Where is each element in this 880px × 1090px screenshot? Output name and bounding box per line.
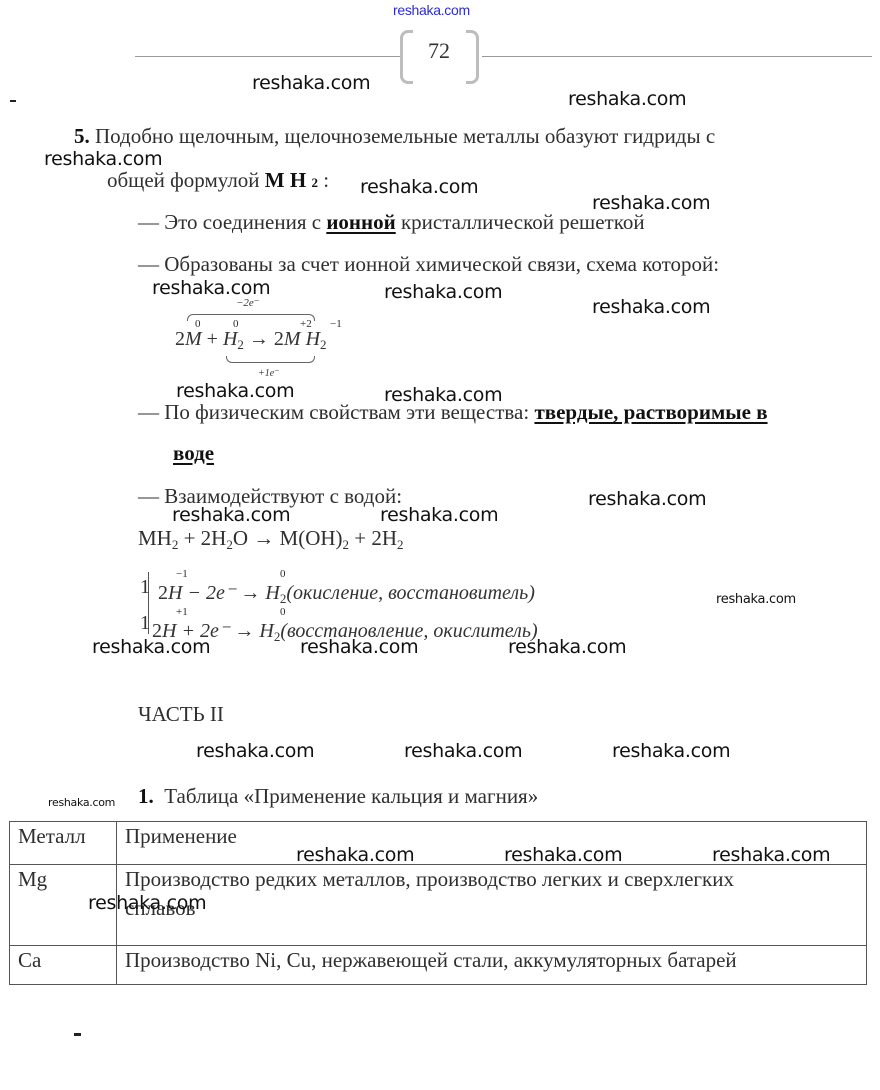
watermark: reshaka.com xyxy=(592,296,710,318)
reaction-with-water: MH2 + 2H2O → M(OH)2 + 2H2 xyxy=(138,526,404,553)
point-ionic-lattice: — Это соединения с ионной кристаллическо… xyxy=(138,210,645,235)
label-plus-1e: +1e⁻ xyxy=(258,368,279,379)
cell-metal: Ca xyxy=(10,946,117,985)
scheme-equation: 2M + H2 → 2M H2 xyxy=(175,328,327,353)
half-reaction-oxidation: 2H − 2e⁻ → H2(окисление, восстановитель) xyxy=(158,580,535,607)
watermark: reshaka.com xyxy=(712,844,830,866)
watermark: reshaka.com xyxy=(504,844,622,866)
part2-title: ЧАСТЬ II xyxy=(138,702,224,727)
balance-coef: 1 xyxy=(140,612,150,635)
brace-bottom xyxy=(226,356,315,363)
task1-heading: 1. Таблица «Применение кальция и магния» xyxy=(138,784,538,809)
ox-state: −1 xyxy=(330,318,342,330)
task5-intro-line2: общей формулой M H 2 : xyxy=(107,168,329,193)
balance-coef: 1 xyxy=(140,576,150,599)
page-number: 72 xyxy=(428,38,450,64)
watermark: reshaka.com xyxy=(296,844,414,866)
watermark: reshaka.com xyxy=(44,148,162,170)
watermark: reshaka.com xyxy=(48,796,115,809)
watermark: reshaka.com xyxy=(88,892,206,914)
header-rule-right xyxy=(482,56,872,57)
watermark: reshaka.com xyxy=(384,281,502,303)
scan-artifact xyxy=(74,1033,81,1036)
watermark: reshaka.com xyxy=(588,488,706,510)
scan-artifact xyxy=(10,100,16,102)
watermark: reshaka.com xyxy=(252,72,370,94)
watermark: reshaka.com xyxy=(612,740,730,762)
ox-state: 0 xyxy=(280,606,286,618)
electron-transfer-scheme: −2e⁻ 0 0 +2 −1 2M + H2 → 2M H2 +1e⁻ xyxy=(170,296,360,386)
table-row: Ca Производство Ni, Cu, нержавеющей стал… xyxy=(10,946,867,985)
watermark: reshaka.com xyxy=(196,740,314,762)
general-formula: M H 2 xyxy=(265,168,318,192)
header-rule-left xyxy=(135,56,400,57)
point-reacts-water: — Взаимодействуют с водой: xyxy=(138,484,402,509)
answer-properties-cont: воде xyxy=(173,441,214,466)
ox-state: +1 xyxy=(176,606,188,618)
task1-number: 1. xyxy=(138,784,154,808)
watermark: reshaka.com xyxy=(568,88,686,110)
page-number-bracket-right xyxy=(466,30,479,84)
page-number-bracket-left xyxy=(400,30,413,84)
label-minus-2e: −2e⁻ xyxy=(236,296,260,309)
task5-number: 5. xyxy=(74,124,90,148)
brace-top xyxy=(187,314,315,321)
cell-application: Производство Ni, Cu, нержавеющей стали, … xyxy=(117,946,867,985)
watermark: reshaka.com xyxy=(716,592,796,607)
answer-ionic: ионной xyxy=(326,210,395,234)
watermark: reshaka.com xyxy=(404,740,522,762)
point-ionic-bond: — Образованы за счет ионной химической с… xyxy=(138,252,719,277)
point-physical-properties: — По физическим свойствам эти вещества: … xyxy=(138,400,768,425)
electronic-balance: 1 −1 0 2H − 2e⁻ → H2(окисление, восстано… xyxy=(140,566,580,642)
answer-properties: твердые, растворимые в xyxy=(534,400,767,424)
table-header-metal: Металл xyxy=(10,822,117,865)
ox-state: 0 xyxy=(280,568,286,580)
half-reaction-reduction: 2H + 2e⁻ → H2(восстановление, окислитель… xyxy=(152,618,538,645)
cell-application: Производство редких металлов, производст… xyxy=(117,865,867,946)
watermark-top: reshaka.com xyxy=(393,2,470,18)
task5-intro-line1: 5. Подобно щелочным, щелочноземельные ме… xyxy=(74,124,715,149)
watermark: reshaka.com xyxy=(360,176,478,198)
ox-state: −1 xyxy=(176,568,188,580)
